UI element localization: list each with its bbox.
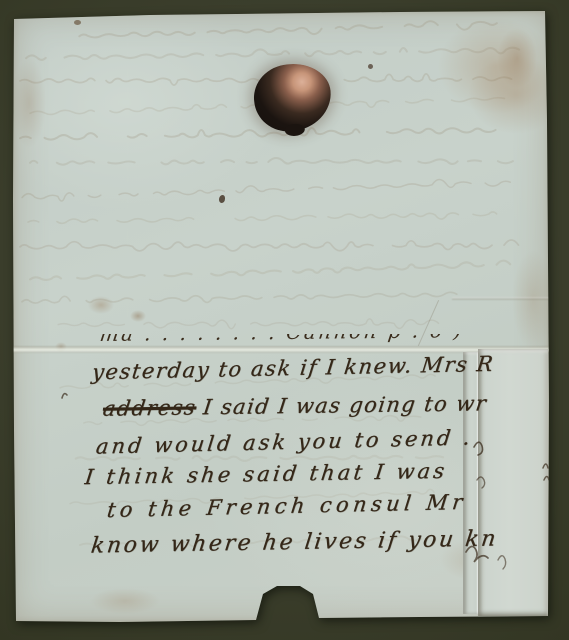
struck-word: address [101, 395, 197, 420]
clipped-text-line: ma . . . . . . . . Cannon p . 6 ) [100, 334, 472, 346]
photo-mat: ma . . . . . . . . Cannon p . 6 ) yester… [0, 0, 569, 640]
line-2-rest: I said I was going to wr [202, 391, 489, 419]
fold-fragment-text: ma . . . . . . . . Cannon p . 6 ) [100, 334, 472, 346]
letter-paper-wrap: ma . . . . . . . . Cannon p . 6 ) yester… [0, 0, 569, 640]
folded-flap [478, 349, 548, 616]
letter-paper: ma . . . . . . . . Cannon p . 6 ) yester… [0, 0, 569, 640]
fold-crease-right [452, 297, 549, 300]
